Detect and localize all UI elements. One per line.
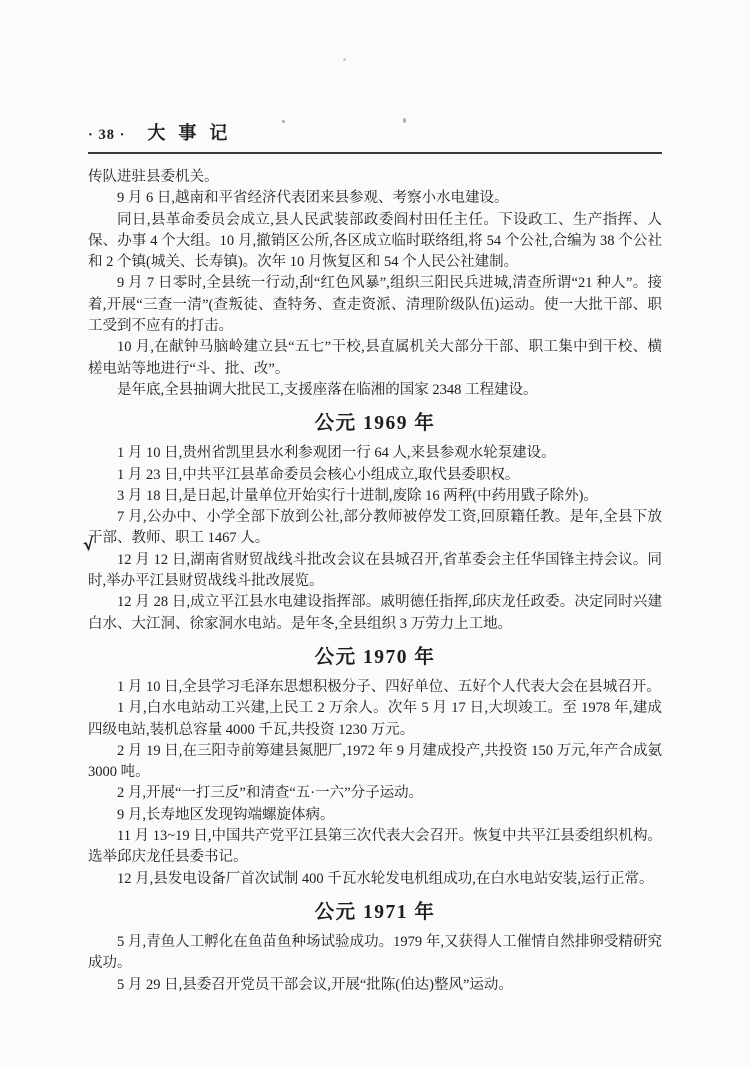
chronicle-paragraph: 1 月 10 日,全县学习毛泽东思想积极分子、四好单位、五好个人代表大会在县城召… [88,677,662,698]
chronicle-paragraph: 9 月 6 日,越南和平省经济代表团来县参观、考察小水电建设。 [88,188,662,209]
chronicle-paragraph: 传队进驻县委机关。 [88,167,662,188]
running-header: · 38 · 大事记 [88,119,662,154]
chronicle-paragraph: 3 月 18 日,是日起,计量单位开始实行十进制,废除 16 两秤(中药用戥子除… [88,486,662,507]
year-heading: 公元 1971 年 [88,899,662,927]
chronicle-text: 传队进驻县委机关。9 月 6 日,越南和平省经济代表团来县参观、考察小水电建设。… [88,167,662,996]
chronicle-paragraph: 2 月,开展“一打三反”和清查“五·一六”分子运动。 [88,783,662,804]
chronicle-paragraph: 1 月 23 日,中共平江县革命委员会核心小组成立,取代县委职权。 [88,465,662,486]
chronicle-paragraph: 9 月,长寿地区发现钩端螺旋体病。 [88,805,662,826]
chronicle-paragraph: 5 月,青鱼人工孵化在鱼苗鱼种场试验成功。1979 年,又获得人工催情自然排卵受… [88,932,662,975]
year-heading: 公元 1970 年 [88,644,662,672]
chronicle-paragraph: 1 月 10 日,贵州省凯里县水利参观团一行 64 人,来县参观水轮泵建设。 [88,443,662,464]
chronicle-paragraph: 是年底,全县抽调大批民工,支援座落在临湘的国家 2348 工程建设。 [88,380,662,401]
chronicle-paragraph: 12 月,县发电设备厂首次试制 400 千瓦水轮发电机组成功,在白水电站安装,运… [88,869,662,890]
chronicle-paragraph: 同日,县革命委员会成立,县人民武装部政委阎村田任主任。下设政工、生产指挥、人保、… [88,210,662,274]
section-title: 大事记 [147,119,240,145]
page-number: · 38 · [88,127,125,144]
chronicle-paragraph: 9 月 7 日零时,全县统一行动,刮“红色风暴”,组织三阳民兵进城,清查所谓“2… [88,273,662,337]
chronicle-paragraph: 7 月,公办中、小学全部下放到公社,部分教师被停发工资,回原籍任教。是年,全县下… [88,507,662,550]
chronicle-paragraph: 12 月 12 日,湖南省财贸战线斗批改会议在县城召开,省革委会主任华国锋主持会… [88,550,662,593]
scan-speck [343,58,346,61]
chronicle-paragraph: 1 月,白水电站动工兴建,上民工 2 万余人。次年 5 月 17 日,大坝竣工。… [88,698,662,741]
chronicle-paragraph: 10 月,在献钟马脑岭建立县“五七”干校,县直属机关大部分干部、职工集中到干校、… [88,337,662,380]
chronicle-paragraph: 11 月 13~19 日,中国共产党平江县第三次代表大会召开。恢复中共平江县委组… [88,826,662,869]
chronicle-paragraph: 2 月 19 日,在三阳寺前筹建县氮肥厂,1972 年 9 月建成投产,共投资 … [88,741,662,784]
text-column: · 38 · 大事记 传队进驻县委机关。9 月 6 日,越南和平省经济代表团来县… [88,119,662,996]
document-page: √ · 38 · 大事记 传队进驻县委机关。9 月 6 日,越南和平省经济代表团… [0,0,750,1066]
year-heading: 公元 1969 年 [88,410,662,438]
chronicle-paragraph: 5 月 29 日,县委召开党员干部会议,开展“批陈(伯达)整风”运动。 [88,975,662,996]
chronicle-paragraph: 12 月 28 日,成立平江县水电建设指挥部。戚明德任指挥,邱庆龙任政委。决定同… [88,592,662,635]
